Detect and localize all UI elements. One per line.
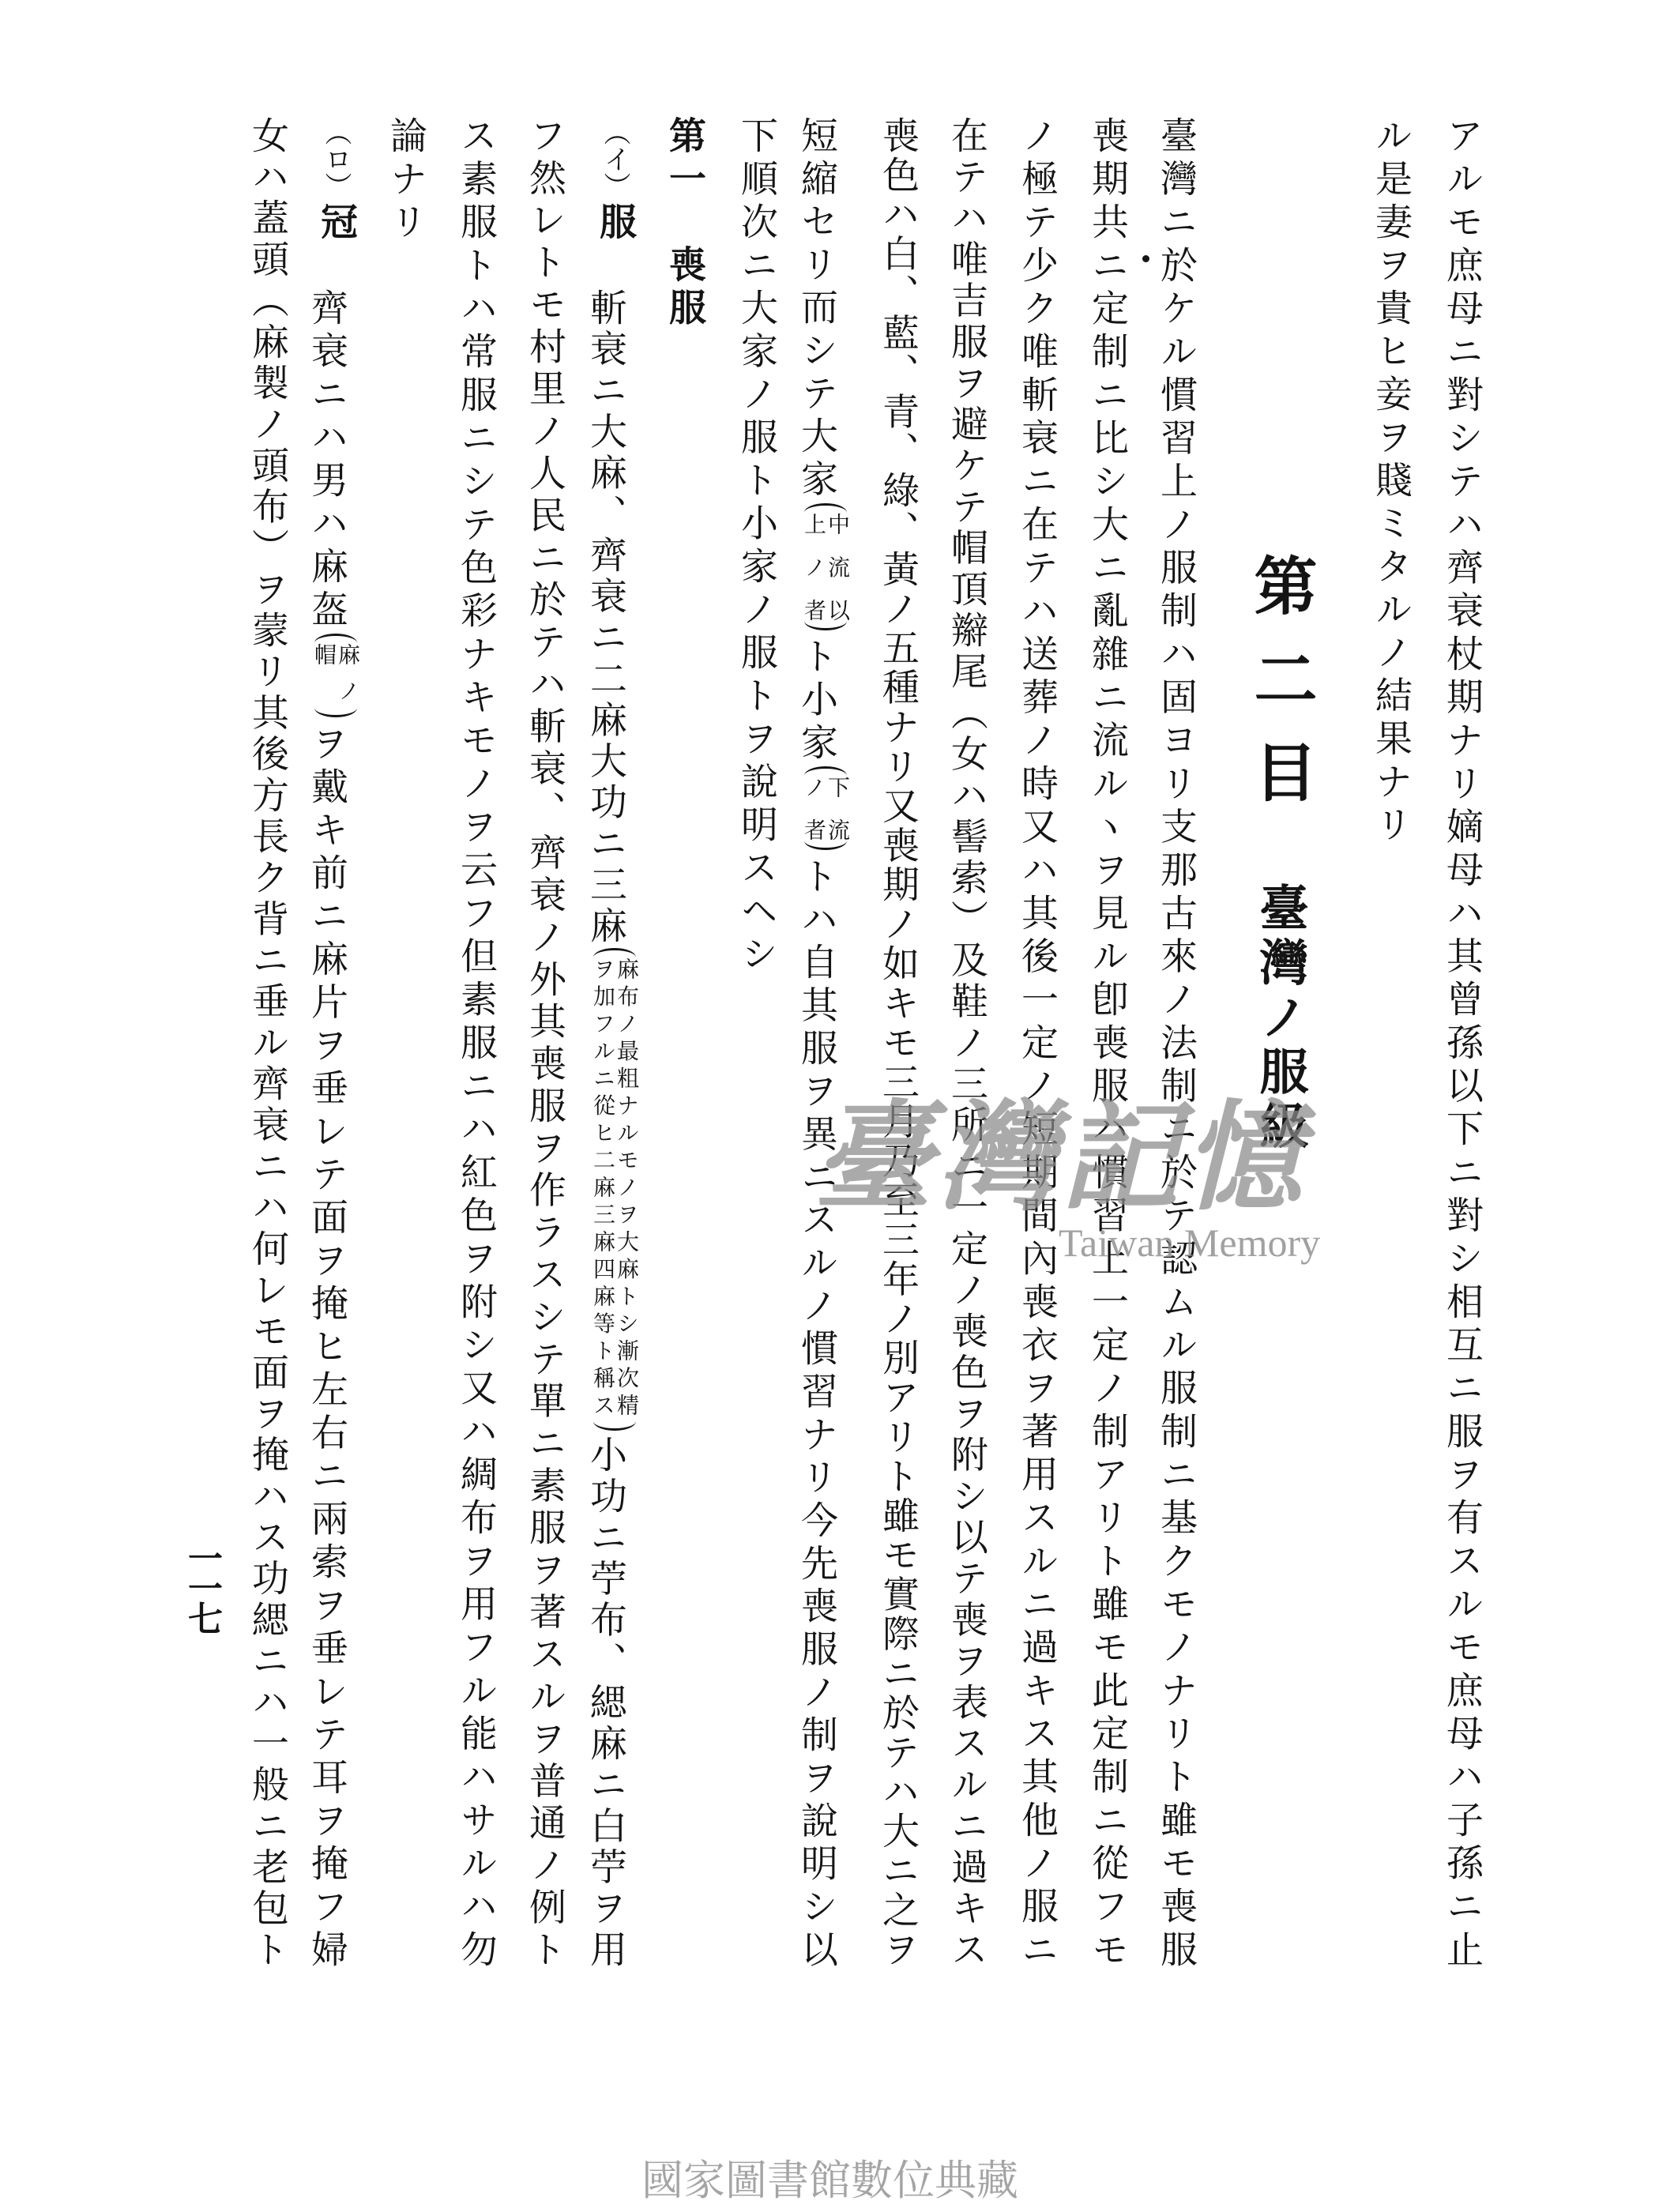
text-column: 論ナリ bbox=[382, 116, 429, 246]
text-column: ノ極テ少ク唯斬衰ニ在テハ送葬ノ時又ハ其後一定ノ短期間內喪衣ヲ著用スルニ過キス其他… bbox=[1013, 116, 1060, 1967]
text-column: 喪期共ニ定制ニ比シ大ニ亂雜ニ流ルヽヲ見ル卽喪服ハ慣習上一定ノ制アリト雖モ此定制ニ… bbox=[1083, 116, 1130, 1967]
interlinear-note: 麻布ノ最粗ナルモノヲ大麻トシ漸次精ヲ加フルニ從ヒ二麻三麻四麻等ト稱ス bbox=[591, 947, 638, 1431]
item-label: （イ） bbox=[599, 118, 630, 199]
text-column: 齊衰ニハ男ハ麻盔麻ノ帽ヲ戴キ前ニ麻片ヲ垂レテ面ヲ掩ヒ左右ニ兩索ヲ垂レテ耳ヲ掩フ婦 bbox=[312, 288, 359, 1967]
text-column: フ然レトモ村里ノ人民ニ於テハ斬衰、齊衰ノ外其喪服ヲ作ラスシテ單ニ素服ヲ著スルヲ普… bbox=[521, 116, 568, 1967]
text-column: 女ハ蓋頭（麻製ノ頭布）ヲ蒙リ其後方長ク背ニ垂ル齊衰ニハ何レモ面ヲ掩ハス功緦ニハ一… bbox=[243, 116, 291, 1967]
item-title: 冠 bbox=[312, 202, 359, 239]
interlinear-note: 下流ノ者 bbox=[802, 766, 849, 851]
item-label: （ロ） bbox=[320, 118, 352, 199]
ink-speck bbox=[1142, 255, 1149, 262]
note-line-right: 下流 bbox=[826, 776, 849, 841]
text-run: ヲ戴キ前ニ麻片ヲ垂レテ面ヲ掩ヒ左右ニ兩索ヲ垂レテ耳ヲ掩フ婦 bbox=[305, 718, 348, 1967]
text-run: トハ自其服ヲ異ニスルノ慣習ナリ今先喪服ノ制ヲ說明シ以 bbox=[795, 851, 838, 1967]
text-run: 短縮セリ而シテ大家 bbox=[795, 116, 838, 502]
scanned-page: アルモ庶母ニ對シテハ齊衰杖期ナリ嫡母ハ其曾孫以下ニ對シ相互ニ服ヲ有スルモ庶母ハ子… bbox=[0, 0, 1659, 2212]
watermark-logo-text: Taiwan Memory bbox=[1059, 1221, 1320, 1265]
text-column: ル是妻ヲ貴ヒ妾ヲ賤ミタルノ結果ナリ bbox=[1367, 116, 1414, 848]
subsection-title: 喪服 bbox=[660, 245, 708, 331]
note-line-left: 帽 bbox=[312, 643, 336, 708]
watermark-logo: 臺灣記憶 bbox=[814, 1090, 1319, 1224]
text-column: アルモ庶母ニ對シテハ齊衰杖期ナリ嫡母ハ其曾孫以下ニ對シ相互ニ服ヲ有スルモ庶母ハ子… bbox=[1438, 116, 1485, 1967]
subsection-number: 第一 bbox=[660, 116, 708, 202]
text-column: 喪色ハ白、藍、青、綠、黃ノ五種ナリ又喪期ノ如キモ三月乃至三年ノ別アリト雖モ實際ニ… bbox=[874, 116, 921, 1967]
note-line-left: 上ノ者 bbox=[802, 513, 826, 621]
text-column: 短縮セリ而シテ大家中流以上ノ者ト小家下流ノ者トハ自其服ヲ異ニスルノ慣習ナリ今先喪… bbox=[802, 116, 849, 1967]
note-line-right: 中流以 bbox=[826, 513, 849, 621]
text-run: 齊衰ニハ男ハ麻盔 bbox=[305, 288, 348, 633]
section-heading-number: 第二目 bbox=[1247, 553, 1313, 833]
text-column: 斬衰ニ大麻、齊衰ニ二麻大功ニ三麻麻布ノ最粗ナルモノヲ大麻トシ漸次精ヲ加フルニ從ヒ… bbox=[591, 288, 638, 1967]
note-line-left: ヲ加フルニ從ヒ二麻三麻四麻等ト稱ス bbox=[591, 957, 615, 1421]
text-run: 斬衰ニ大麻、齊衰ニ二麻大功ニ三麻 bbox=[584, 288, 627, 947]
page-number: 一一七 bbox=[182, 1540, 221, 1631]
text-column: ス素服トハ常服ニシテ色彩ナキモノヲ云フ但素服ニハ紅色ヲ附シ又ハ綢布ヲ用フル能ハサ… bbox=[452, 116, 499, 1967]
text-column: 臺灣ニ於ケル慣習上ノ服制ハ固ヨリ支那古來ノ法制ニ於テ認ムル服制ニ基クモノナリト雖… bbox=[1152, 116, 1199, 1967]
interlinear-note: 中流以上ノ者 bbox=[802, 502, 849, 631]
note-line-right: 麻布ノ最粗ナルモノヲ大麻トシ漸次精 bbox=[615, 957, 638, 1421]
text-run: 小功ニ苧布、緦麻ニ白苧ヲ用 bbox=[584, 1431, 627, 1967]
collection-credit: 國家圖書館數位典藏 bbox=[641, 2159, 1021, 2203]
text-column: 下順次ニ大家ノ服ト小家ノ服トヲ說明スヘシ bbox=[732, 116, 780, 977]
note-line-left: ノ者 bbox=[802, 776, 826, 841]
interlinear-note: 麻ノ帽 bbox=[312, 633, 359, 718]
text-run: ト小家 bbox=[795, 631, 838, 766]
item-title: 服 bbox=[591, 202, 638, 239]
text-column: 在テハ唯吉服ヲ避ケテ帽頂辮尾（女ハ髻索）及鞋ノ三所ニ一定ノ喪色ヲ附シ以テ喪ヲ表ス… bbox=[942, 116, 990, 1967]
note-line-right: 麻ノ bbox=[336, 643, 359, 708]
